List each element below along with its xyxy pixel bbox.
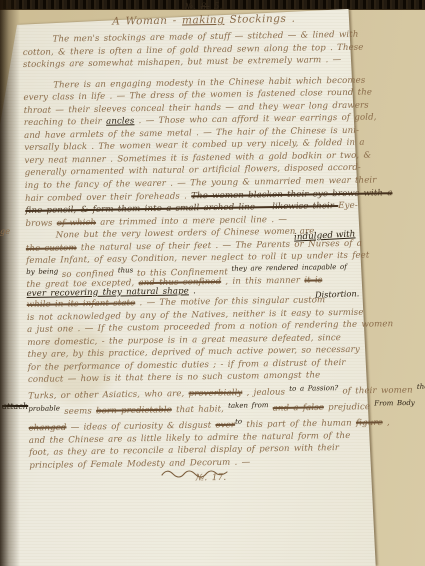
text-segment: reaching to their [24, 117, 106, 128]
text-segment: that habit, [172, 404, 229, 415]
text-segment: taken from [228, 401, 268, 410]
text-segment: seems [60, 406, 96, 417]
text-segment: by being [26, 267, 62, 276]
text-segment: From Body [374, 399, 415, 408]
text-segment: while in its infant state [27, 298, 136, 310]
text-segment: changed [29, 423, 67, 434]
text-segment: proverbially [189, 388, 243, 399]
text-segment: and a false [273, 403, 324, 414]
text-segment: born predictable [96, 405, 172, 416]
margin-note-attach: attach [2, 401, 28, 411]
text-segment: the custom [26, 243, 77, 254]
text-segment: Stockings . [224, 13, 295, 26]
text-segment: it is [304, 275, 322, 285]
text-segment: Turks, or other Asiatics, who are, [28, 389, 189, 402]
flourish-squiggle [160, 464, 230, 483]
text-segment: , [383, 418, 390, 428]
text-segment: they are rendered incapable of [228, 263, 347, 273]
text-segment: A Woman - [112, 14, 182, 27]
text-segment: — ideas of curiosity & disgust [66, 420, 215, 432]
text-segment: . [189, 286, 196, 296]
margin-note-cutoff-word: ge [0, 226, 10, 236]
text-segment: they [417, 382, 425, 390]
text-segment: The women blacken their eye brows with a [191, 188, 392, 201]
binding-gutter-shadow [0, 0, 20, 566]
margin-note-distortion: Distortion. [315, 288, 360, 300]
text-segment: , in this manner [221, 275, 304, 286]
text-segment: prejudice [324, 402, 375, 413]
text-segment: over [215, 420, 235, 430]
text-segment: stockings are somewhat mishapen, but mus… [23, 55, 342, 70]
text-segment: thus [114, 266, 137, 274]
text-segment: figure [356, 418, 383, 428]
manuscript-photo: №. 8. 5.A Woman - making Stockings .The … [0, 0, 425, 566]
text-segment: making [182, 14, 225, 27]
text-segment: . — The motive for this singular custom [135, 295, 325, 308]
text-segment: probable [28, 404, 60, 412]
text-segment: 5. [209, 2, 222, 12]
text-segment: this part of the human [242, 418, 356, 430]
text-segment: №. [185, 2, 201, 12]
text-segment: of their women [338, 385, 417, 396]
text-segment: of which [57, 218, 96, 229]
text-segment: ancles [106, 117, 134, 127]
manuscript-lines: №. 8. 5.A Woman - making Stockings .The … [22, 0, 393, 487]
text-segment: hair combed over their foreheads . [25, 191, 191, 204]
text-segment: to a Passion? [289, 384, 338, 393]
text-segment: , jealous [242, 387, 289, 398]
text-segment: brows [25, 218, 56, 228]
text-segment: Eye- [338, 201, 358, 211]
